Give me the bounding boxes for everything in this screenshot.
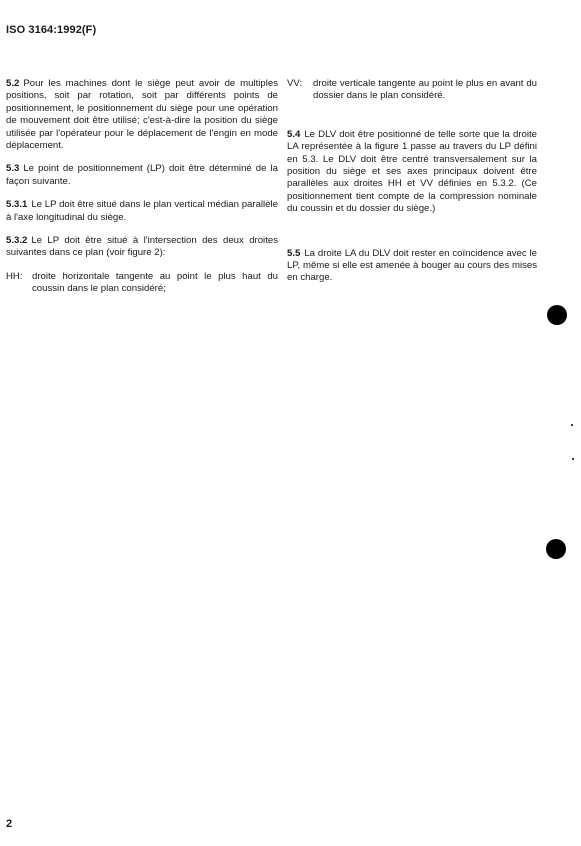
section-number: 5.3.1	[6, 199, 27, 210]
section-5-3: 5.3Le point de positionnement (LP) doit …	[6, 163, 278, 188]
section-text: Pour les machines dont le siège peut avo…	[6, 78, 278, 151]
definition-text: droite horizontale tangente au point le …	[32, 271, 278, 296]
section-number: 5.3.2	[6, 235, 27, 246]
page-number: 2	[6, 818, 12, 830]
section-text: La droite LA du DLV doit rester en coïnc…	[287, 248, 537, 284]
section-5-4: 5.4Le DLV doit être positionné de telle …	[287, 129, 537, 216]
section-number: 5.5	[287, 248, 300, 259]
punch-hole-mark-top	[547, 305, 567, 325]
definition-vv: VV: droite verticale tangente au point l…	[287, 78, 537, 103]
section-text: Le point de positionnement (LP) doit êtr…	[6, 163, 278, 186]
section-5-5: 5.5La droite LA du DLV doit rester en co…	[287, 248, 537, 285]
definition-text: droite verticale tangente au point le pl…	[313, 78, 537, 103]
section-5-3-2: 5.3.2Le LP doit être situé à l'intersect…	[6, 235, 278, 260]
section-number: 5.2	[6, 78, 19, 89]
section-text: Le LP doit être situé dans le plan verti…	[6, 199, 278, 222]
punch-hole-mark-bottom	[546, 539, 566, 559]
scan-speck	[572, 458, 574, 460]
section-5-3-1: 5.3.1Le LP doit être situé dans le plan …	[6, 199, 278, 224]
section-text: Le LP doit être situé à l'intersection d…	[6, 235, 278, 258]
section-number: 5.4	[287, 129, 300, 140]
document-header: ISO 3164:1992(F)	[6, 24, 96, 36]
definition-hh: HH: droite horizontale tangente au point…	[6, 271, 278, 296]
definition-term: VV:	[287, 78, 313, 103]
right-column: VV: droite verticale tangente au point l…	[287, 78, 537, 296]
section-5-2: 5.2Pour les machines dont le siège peut …	[6, 78, 278, 152]
left-column: 5.2Pour les machines dont le siège peut …	[6, 78, 278, 307]
definition-term: HH:	[6, 271, 32, 296]
scan-speck	[571, 424, 573, 426]
section-number: 5.3	[6, 163, 19, 174]
section-text: Le DLV doit être positionné de telle sor…	[287, 129, 537, 214]
